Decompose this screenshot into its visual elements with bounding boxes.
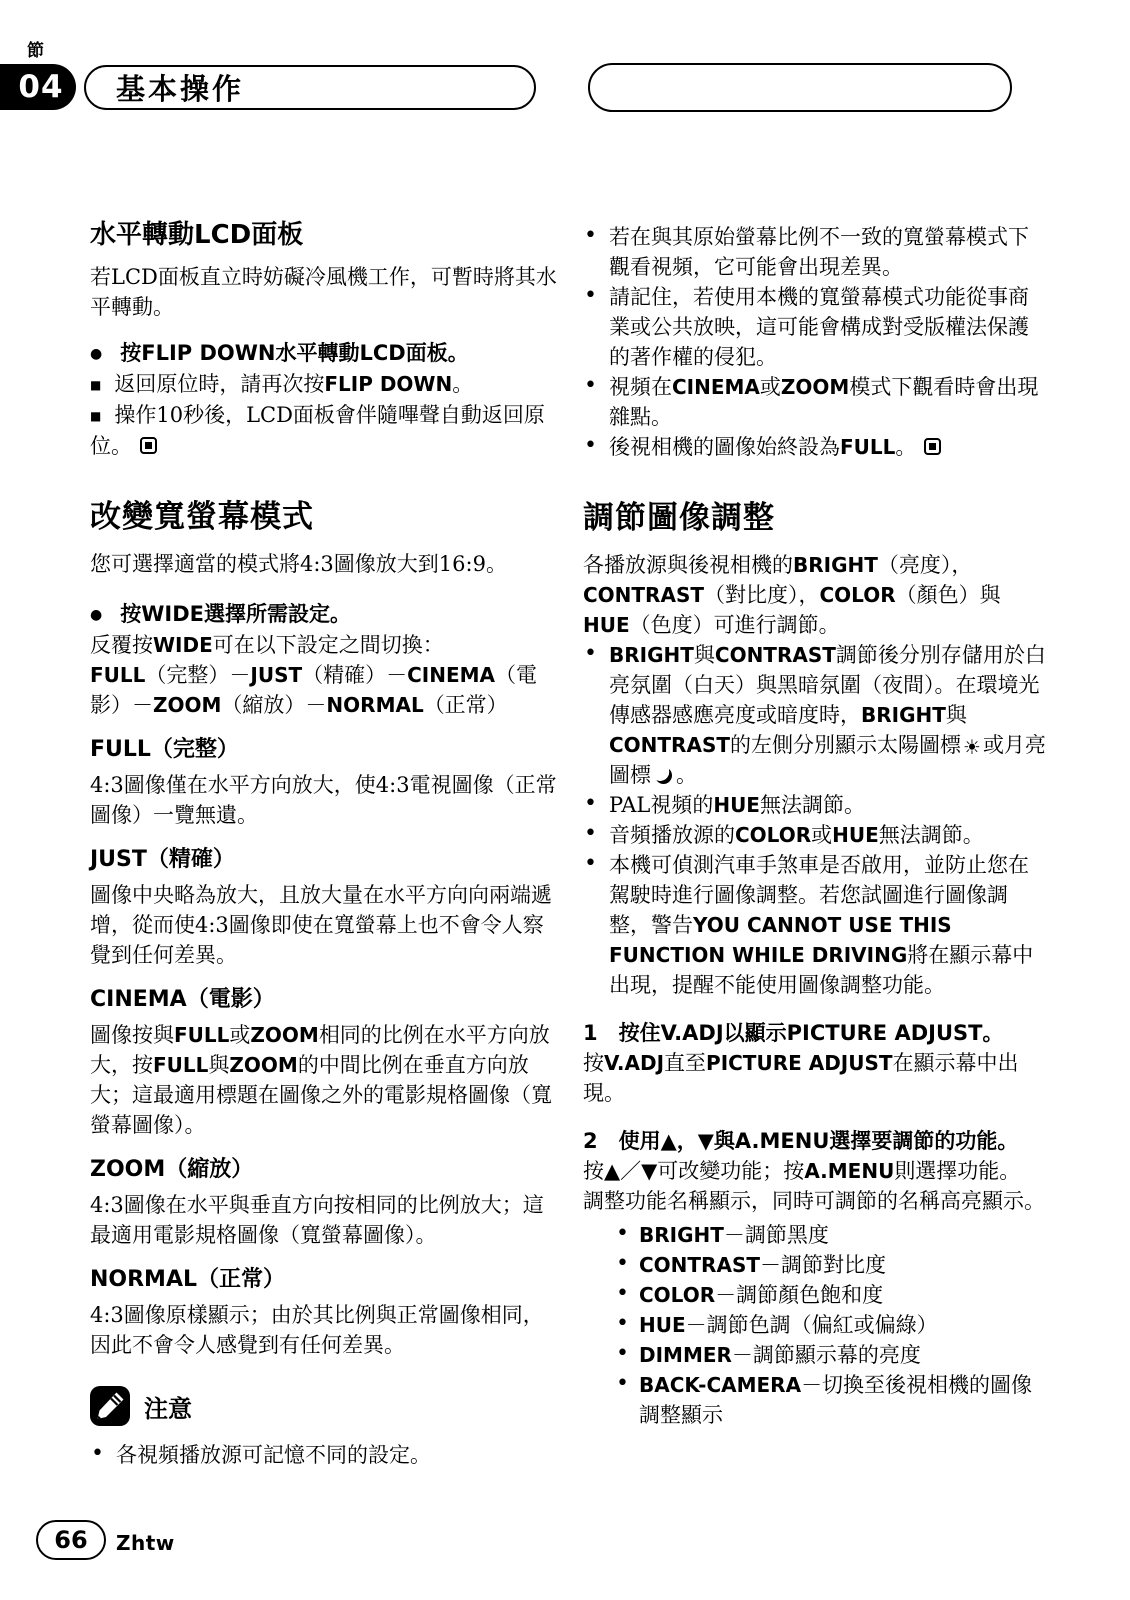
wide-intro: 您可選擇適當的模式將4:3圖像放大到16:9。	[90, 549, 558, 579]
cinema-description: 圖像按與FULL或ZOOM相同的比例在水平方向放大，按FULL與ZOOM的中間比…	[90, 1020, 558, 1140]
heading-picture-adjust: 調節圖像調整	[583, 498, 1047, 538]
function-hue: HUE－調節色調（偏紅或偏綠）	[583, 1310, 1047, 1340]
function-list: BRIGHT－調節黑度 CONTRAST－調節對比度 COLOR－調節顏色飽和度…	[583, 1220, 1047, 1430]
wide-action: 按WIDE選擇所需設定。	[90, 599, 558, 630]
zoom-description: 4:3圖像在水平與垂直方向按相同的比例放大；這最適用電影規格圖像（寬螢幕圖像）。	[90, 1190, 558, 1250]
note-label: 注意	[144, 1389, 192, 1424]
header-right-pill	[588, 63, 1012, 112]
wide-mode-sequence: FULL（完整）－JUST（精確）－CINEMA（電影）－ZOOM（縮放）－NO…	[90, 660, 558, 720]
wide-note-1: 若在與其原始螢幕比例不一致的寬螢幕模式下觀看視頻，它可能會出現差異。	[583, 222, 1047, 282]
wide-note-2: 請記住，若使用本機的寬螢幕模式功能從事商業或公共放映，這可能會構成對受版權法保護…	[583, 282, 1047, 372]
subheading-zoom: ZOOM（縮放）	[90, 1156, 558, 1184]
function-bright: BRIGHT－調節黑度	[583, 1220, 1047, 1250]
function-back-camera: BACK-CAMERA－切換至後視相機的圖像調整顯示	[583, 1370, 1047, 1430]
picture-note-2: PAL視頻的HUE無法調節。	[583, 790, 1047, 820]
section-flip-lcd: 水平轉動LCD面板 若LCD面板直立時妨礙冷風機工作，可暫時將其水平轉動。 按F…	[90, 218, 558, 461]
wide-note-4: 後視相機的圖像始終設為FULL。	[583, 432, 1047, 462]
page-number-pill: 66	[36, 1520, 106, 1560]
left-column: 水平轉動LCD面板 若LCD面板直立時妨礙冷風機工作，可暫時將其水平轉動。 按F…	[90, 218, 558, 1470]
language-tag: Zhtw	[116, 1531, 175, 1555]
picture-note-3: 音頻播放源的COLOR或HUE無法調節。	[583, 820, 1047, 850]
section-widescreen-mode: 改變寬螢幕模式 您可選擇適當的模式將4:3圖像放大到16:9。 按WIDE選擇所…	[90, 497, 558, 1360]
page-title: 基本操作	[116, 67, 244, 108]
flip-note-1: 返回原位時，請再次按FLIP DOWN。	[90, 369, 558, 400]
wide-cycle: 反覆按WIDE可在以下設定之間切換：	[90, 630, 558, 660]
moon-icon	[655, 767, 672, 784]
heading-flip-lcd: 水平轉動LCD面板	[90, 218, 558, 252]
subheading-cinema: CINEMA（電影）	[90, 986, 558, 1014]
picture-note-4: 本機可偵測汽車手煞車是否啟用，並防止您在駕駛時進行圖像調整。若您試圖進行圖像調整…	[583, 850, 1047, 1000]
section-number-badge: 04	[0, 64, 76, 110]
step-2-title: 2 使用▲，▼與A.MENU選擇要調節的功能。	[583, 1126, 1047, 1156]
section-end-icon	[140, 437, 157, 454]
full-description: 4:3圖像僅在水平方向放大，使4:3電視圖像（正常圖像）一覽無遺。	[90, 770, 558, 830]
normal-description: 4:3圖像原樣顯示；由於其比例與正常圖像相同，因此不會令人感覺到有任何差異。	[90, 1300, 558, 1360]
page-number: 66	[54, 1526, 87, 1554]
wide-note-3: 視頻在CINEMA或ZOOM模式下觀看時會出現雜點。	[583, 372, 1047, 432]
just-description: 圖像中央略為放大，且放大量在水平方向向兩端遞增，從而使4:3圖像即使在寬螢幕上也…	[90, 880, 558, 970]
section-number: 04	[18, 69, 63, 105]
step-1-body: 按V.ADJ直至PICTURE ADJUST在顯示幕中出現。	[583, 1048, 1047, 1108]
step-2-body-1: 按▲／▼可改變功能；按A.MENU則選擇功能。	[583, 1156, 1047, 1186]
step-2-body-2: 調整功能名稱顯示，同時可調節的名稱高亮顯示。	[583, 1186, 1047, 1216]
step-1-title: 1 按住V.ADJ以顯示PICTURE ADJUST。	[583, 1018, 1047, 1048]
picture-note-1: BRIGHT與CONTRAST調節後分別存儲用於白亮氛圍（白天）與黑暗氛圍（夜間…	[583, 640, 1047, 790]
section-picture-adjust: 調節圖像調整 各播放源與後視相機的BRIGHT（亮度），CONTRAST（對比度…	[583, 498, 1047, 1430]
flip-intro: 若LCD面板直立時妨礙冷風機工作，可暫時將其水平轉動。	[90, 262, 558, 322]
flip-note-2: 操作10秒後，LCD面板會伴隨嗶聲自動返回原位。	[90, 400, 558, 461]
note-pencil-icon	[90, 1386, 130, 1426]
page-title-pill: 基本操作	[84, 65, 536, 110]
picture-intro: 各播放源與後視相機的BRIGHT（亮度），CONTRAST（對比度），COLOR…	[583, 550, 1047, 640]
section-end-icon	[924, 438, 941, 455]
subheading-full: FULL（完整）	[90, 736, 558, 764]
manual-page: 節 04 基本操作 水平轉動LCD面板 若LCD面板直立時妨礙冷風機工作，可暫時…	[0, 0, 1130, 1600]
function-contrast: CONTRAST－調節對比度	[583, 1250, 1047, 1280]
flip-action: 按FLIP DOWN水平轉動LCD面板。	[90, 338, 558, 369]
subheading-normal: NORMAL（正常）	[90, 1266, 558, 1294]
section-label: 節	[27, 36, 44, 61]
note-item: 各視頻播放源可記憶不同的設定。	[90, 1440, 558, 1470]
right-column: 若在與其原始螢幕比例不一致的寬螢幕模式下觀看視頻，它可能會出現差異。 請記住，若…	[583, 222, 1047, 1430]
note-block: 注意	[90, 1386, 558, 1426]
sun-icon: ☀	[963, 735, 981, 759]
function-color: COLOR－調節顏色飽和度	[583, 1280, 1047, 1310]
heading-widescreen: 改變寬螢幕模式	[90, 497, 558, 537]
subheading-just: JUST（精確）	[90, 846, 558, 874]
function-dimmer: DIMMER－調節顯示幕的亮度	[583, 1340, 1047, 1370]
